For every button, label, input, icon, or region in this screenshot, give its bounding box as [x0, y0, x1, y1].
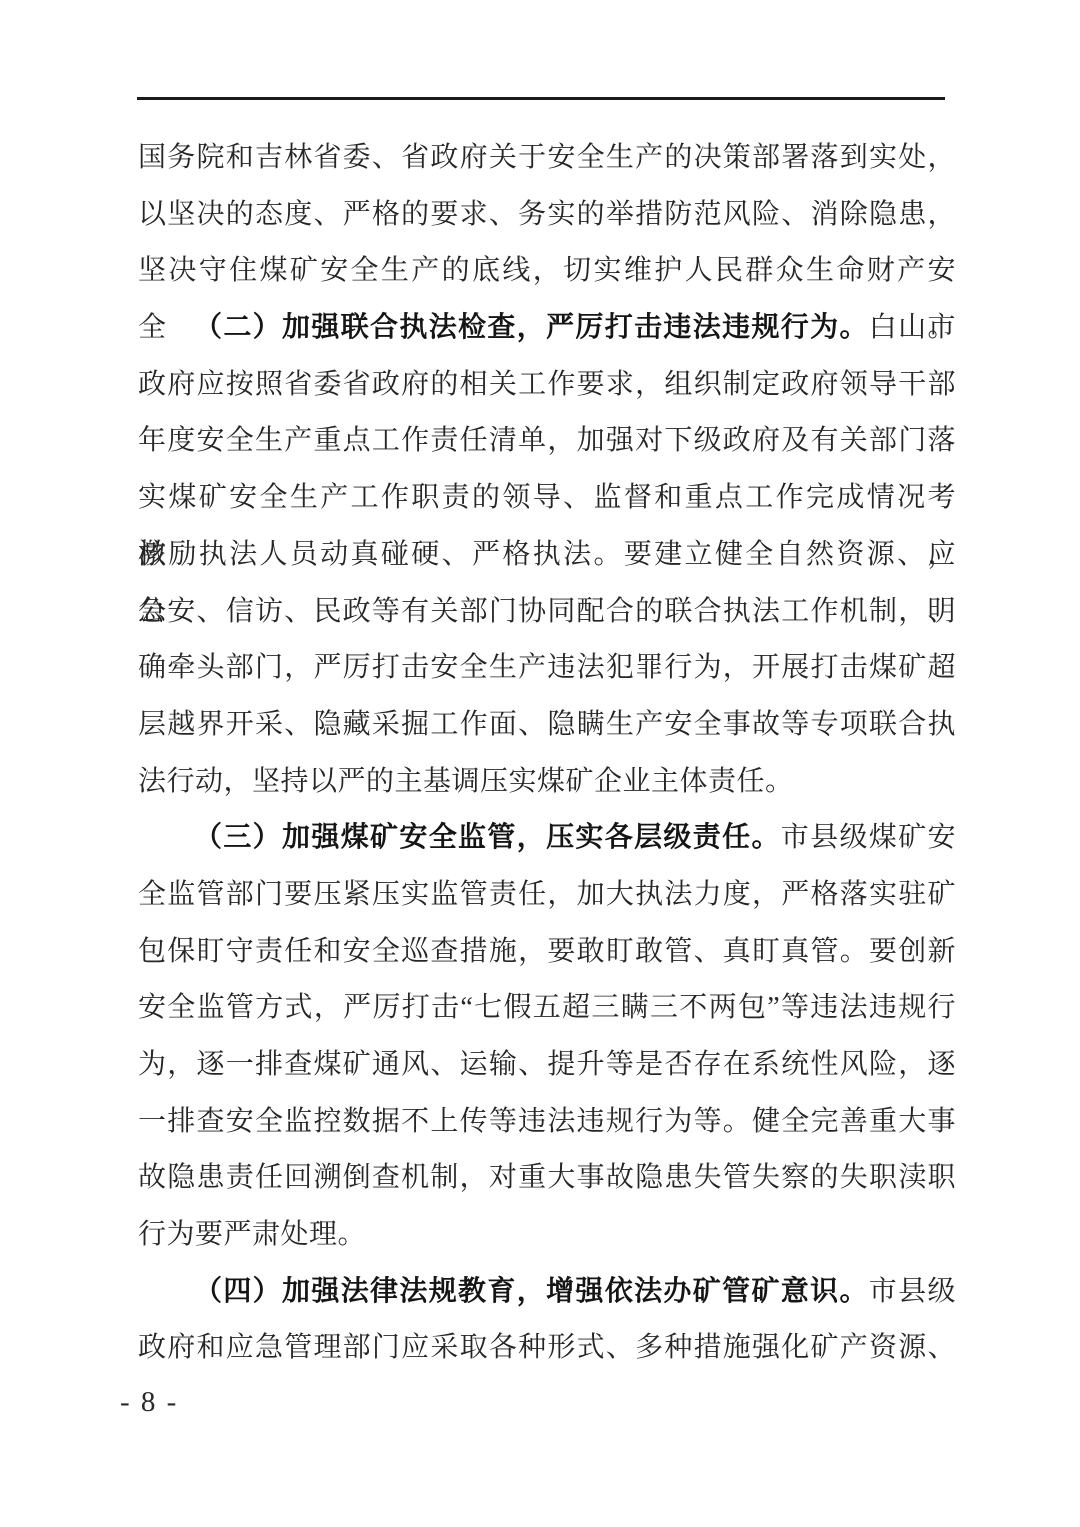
text-line: 故隐患责任回溯倒查机制，对重大事故隐患失管失察的失职渎职: [138, 1150, 956, 1207]
text-line: 政府和应急管理部门应采取各种形式、多种措施强化矿产资源、: [138, 1320, 956, 1377]
line-text: 层越界开采、隐藏采掘工作面、隐瞒生产安全事故等专项联合执: [138, 709, 956, 740]
section-heading: （二）加强联合执法检查，严厉打击违法违规行为。: [194, 312, 869, 343]
document-body: 国务院和吉林省委、省政府关于安全生产的决策部署落到实处，以坚决的态度、严格的要求…: [138, 130, 956, 1377]
text-line: 安全监管方式，严厉打击“七假五超三瞒三不两包”等违法违规行: [138, 980, 956, 1037]
line-text: 政府和应急管理部门应采取各种形式、多种措施强化矿产资源、: [138, 1332, 956, 1363]
text-line: 层越界开采、隐藏采掘工作面、隐瞒生产安全事故等专项联合执: [138, 697, 956, 754]
text-line: （三）加强煤矿安全监管，压实各层级责任。市县级煤矿安: [138, 810, 956, 867]
text-line: 法行动，坚持以严的主基调压实煤矿企业主体责任。: [138, 754, 956, 811]
line-text: 全监管部门要压紧压实监管责任，加大执法力度，严格落实驻矿: [138, 879, 956, 910]
document-page: 国务院和吉林省委、省政府关于安全生产的决策部署落到实处，以坚决的态度、严格的要求…: [0, 0, 1080, 1527]
line-text: 以坚决的态度、严格的要求、务实的举措防范风险、消除隐患，: [138, 199, 956, 230]
line-text: 政府应按照省委省政府的相关工作要求，组织制定政府领导干部: [138, 369, 956, 400]
text-line: 全监管部门要压紧压实监管责任，加大执法力度，严格落实驻矿: [138, 867, 956, 924]
text-line: 为，逐一排查煤矿通风、运输、提升等是否存在系统性风险，逐: [138, 1037, 956, 1094]
text-line: 年度安全生产重点工作责任清单，加强对下级政府及有关部门落: [138, 413, 956, 470]
text-line: 坚决守住煤矿安全生产的底线，切实维护人民群众生命财产安全。: [138, 243, 956, 300]
text-line: 公安、信访、民政等有关部门协同配合的联合执法工作机制，明: [138, 584, 956, 641]
text-line: 一排查安全监控数据不上传等违法违规行为等。健全完善重大事: [138, 1094, 956, 1151]
text-line: （四）加强法律法规教育，增强依法办矿管矿意识。市县级: [138, 1264, 956, 1321]
text-line: 政府应按照省委省政府的相关工作要求，组织制定政府领导干部: [138, 357, 956, 414]
line-text: 包保盯守责任和安全巡查措施，要敢盯敢管、真盯真管。要创新: [138, 936, 956, 967]
page-number: - 8 -: [120, 1386, 178, 1418]
line-text: 白山市: [869, 312, 956, 343]
text-line: 实煤矿安全生产工作职责的领导、监督和重点工作完成情况考核，: [138, 470, 956, 527]
line-text: 故隐患责任回溯倒查机制，对重大事故隐患失管失察的失职渎职: [138, 1162, 956, 1193]
line-text: 市县级: [869, 1276, 956, 1307]
line-text: 市县级煤矿安: [781, 822, 956, 853]
line-text: 一排查安全监控数据不上传等违法违规行为等。健全完善重大事: [138, 1106, 956, 1137]
text-line: 确牵头部门，严厉打击安全生产违法犯罪行为，开展打击煤矿超: [138, 640, 956, 697]
text-line: 以坚决的态度、严格的要求、务实的举措防范风险、消除隐患，: [138, 187, 956, 244]
text-line: 国务院和吉林省委、省政府关于安全生产的决策部署落到实处，: [138, 130, 956, 187]
section-heading: （四）加强法律法规教育，增强依法办矿管矿意识。: [194, 1276, 869, 1307]
line-text: 为，逐一排查煤矿通风、运输、提升等是否存在系统性风险，逐: [138, 1049, 956, 1080]
line-text: 安全监管方式，严厉打击“七假五超三瞒三不两包”等违法违规行: [138, 992, 956, 1023]
line-text: 公安、信访、民政等有关部门协同配合的联合执法工作机制，明: [138, 596, 956, 627]
text-line: （二）加强联合执法检查，严厉打击违法违规行为。白山市: [138, 300, 956, 357]
text-line: 行为要严肃处理。: [138, 1207, 956, 1264]
line-text: 确牵头部门，严厉打击安全生产违法犯罪行为，开展打击煤矿超: [138, 652, 956, 683]
text-line: 激励执法人员动真碰硬、严格执法。要建立健全自然资源、应急、: [138, 527, 956, 584]
line-text: 年度安全生产重点工作责任清单，加强对下级政府及有关部门落: [138, 425, 956, 456]
line-text: 行为要严肃处理。: [138, 1219, 366, 1250]
line-text: 国务院和吉林省委、省政府关于安全生产的决策部署落到实处，: [138, 142, 956, 173]
section-heading: （三）加强煤矿安全监管，压实各层级责任。: [194, 822, 781, 853]
text-line: 包保盯守责任和安全巡查措施，要敢盯敢管、真盯真管。要创新: [138, 924, 956, 981]
header-divider-line: [137, 97, 945, 100]
line-text: 法行动，坚持以严的主基调压实煤矿企业主体责任。: [138, 766, 794, 797]
